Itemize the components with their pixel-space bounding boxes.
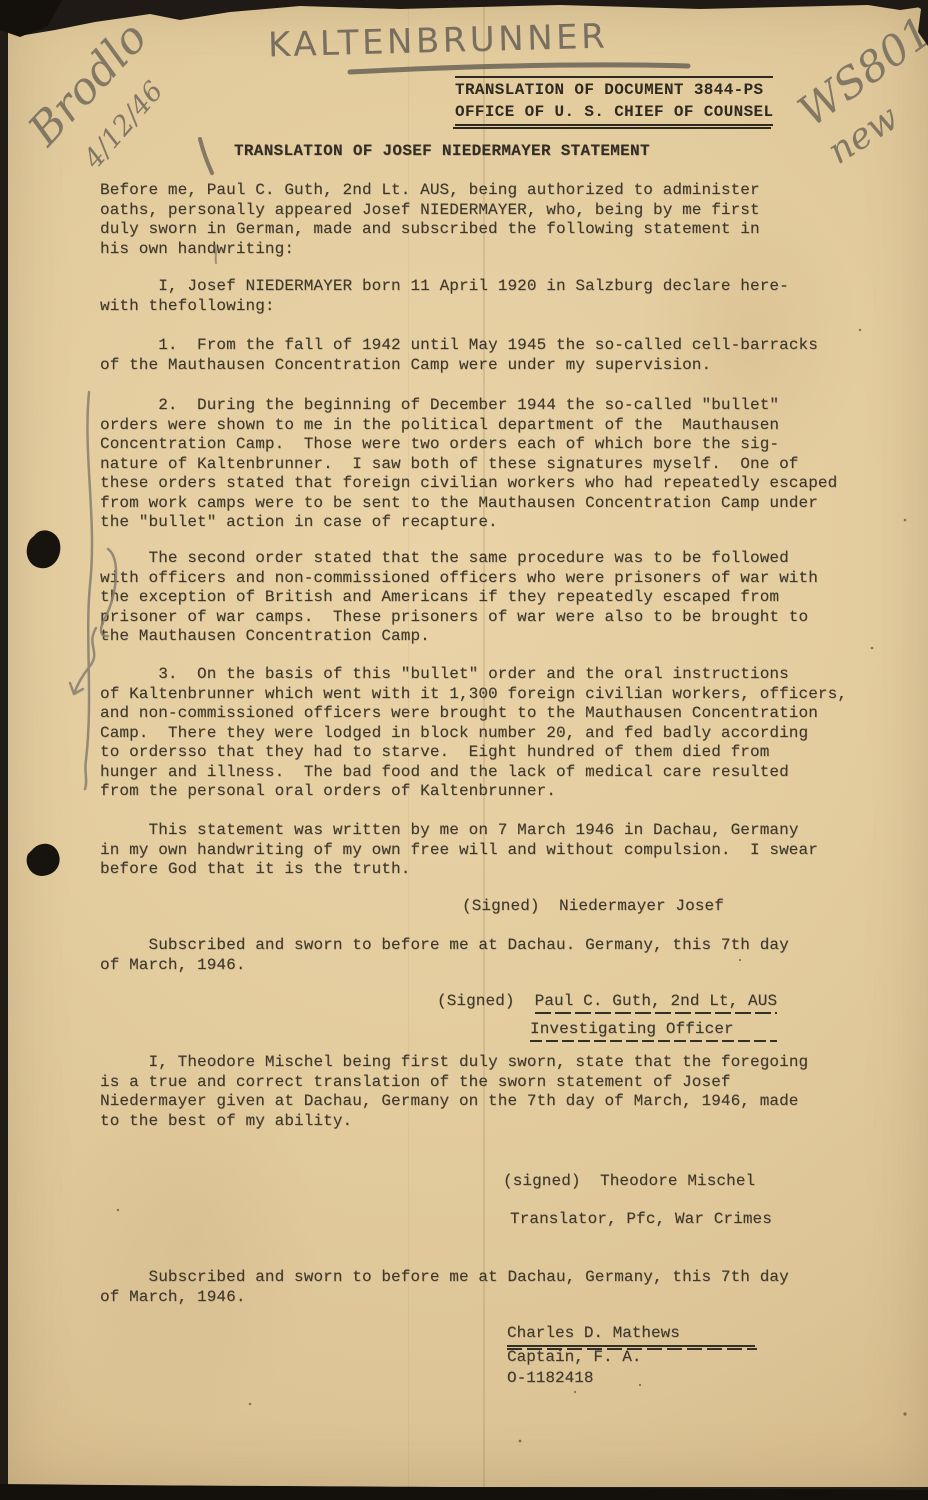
paragraph-item-1: 1. From the fall of 1942 until May 1945 … — [100, 336, 818, 375]
paragraph-item-2: 2. During the beginning of December 1944… — [100, 396, 837, 533]
scan-background: TRANSLATION OF DOCUMENT 3844-PS OFFICE O… — [0, 0, 928, 1500]
paragraph-translator-certification: I, Theodore Mischel being first duly swo… — [100, 1053, 808, 1131]
paragraph-declaration: I, Josef NIEDERMAYER born 11 April 1920 … — [100, 277, 789, 316]
jurat-first: Subscribed and sworn to before me at Dac… — [100, 936, 789, 975]
signature-mathews-name: Charles D. Mathews — [507, 1323, 755, 1347]
jurat-second: Subscribed and sworn to before me at Dac… — [100, 1268, 789, 1307]
signature-mischel-title: Translator, Pfc, War Crimes — [510, 1210, 772, 1230]
signature-mathews-serial: O-1182418 — [507, 1368, 755, 1389]
stamp-line-1: TRANSLATION OF DOCUMENT 3844-PS — [455, 79, 773, 101]
signature-guth-title: Investigating Officer — [530, 1020, 777, 1042]
signature-niedermayer: (Signed) Niedermayer Josef — [462, 897, 724, 917]
signature-guth-label: (Signed) — [437, 992, 515, 1010]
document-stamp: TRANSLATION OF DOCUMENT 3844-PS OFFICE O… — [455, 76, 773, 126]
signature-guth: (Signed) Paul C. Guth, 2nd Lt, AUS — [437, 992, 777, 1014]
signature-mathews-rank: Captain, F. A. — [507, 1347, 755, 1368]
document-title: TRANSLATION OF JOSEF NIEDERMAYER STATEME… — [234, 142, 650, 160]
paragraph-closing: This statement was written by me on 7 Ma… — [100, 821, 818, 880]
paragraph-item-3: 3. On the basis of this "bullet" order a… — [100, 665, 847, 802]
paragraph-item-2-continued: The second order stated that the same pr… — [100, 549, 818, 647]
paragraph-intro: Before me, Paul C. Guth, 2nd Lt. AUS, be… — [100, 181, 760, 259]
stamp-line-2: OFFICE OF U. S. CHIEF OF COUNSEL — [455, 101, 773, 126]
signature-guth-name: Paul C. Guth, 2nd Lt, AUS — [535, 992, 778, 1014]
signature-mischel: (signed) Theodore Mischel — [503, 1172, 755, 1192]
signature-mathews: Charles D. Mathews Captain, F. A. O-1182… — [507, 1323, 755, 1389]
